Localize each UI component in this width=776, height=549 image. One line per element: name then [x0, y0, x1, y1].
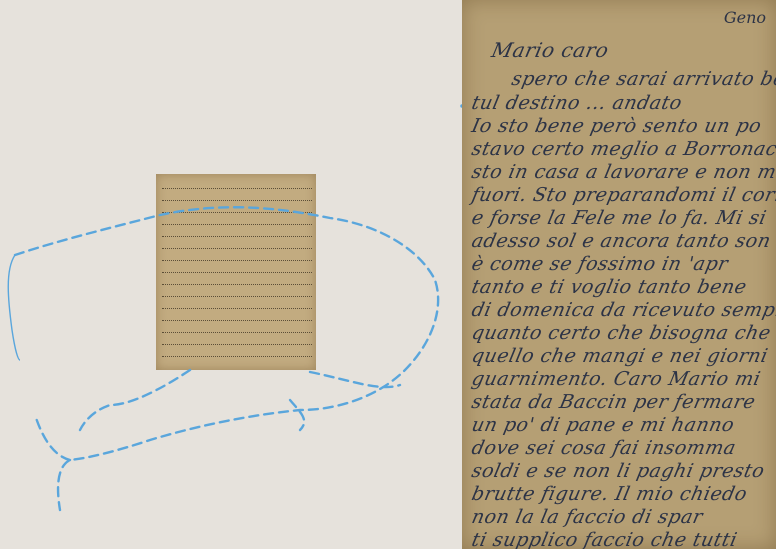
letter-line: e forse la Fele me lo fa. Mi si: [470, 207, 769, 229]
letter-line: fuori. Sto preparandomi il corr: [470, 184, 776, 206]
letter-line: tanto e ti voglio tanto bene: [470, 276, 749, 298]
letter-line: ti supplico faccio che tutti: [470, 529, 740, 549]
letter-line: soldi e se non li paghi presto: [470, 460, 767, 482]
letter-line: di domenica da ricevuto sempre: [470, 299, 776, 321]
letter-line: un po' di pane e mi hanno: [470, 414, 737, 436]
letter-line: Io sto bene però sento un po: [470, 115, 764, 137]
letter-line: quanto certo che bisogna che Tu: [470, 322, 776, 344]
letter-line: dove sei cosa fai insomma: [470, 437, 738, 459]
letter-line: adesso sol e ancora tanto son: [470, 230, 773, 252]
letter-line: quello che mangi e nei giorni: [470, 345, 770, 367]
letter-line: tul destino ... andato: [470, 92, 685, 114]
letter-line: guarnimento. Caro Mario mi: [470, 368, 763, 390]
large-letter: Geno Mario caro spero che sarai arrivato…: [462, 0, 776, 549]
letter-line: sto in casa a lavorare e non ma: [470, 161, 776, 183]
letter-line: è come se fossimo in 'apr: [470, 253, 731, 275]
letter-line: stavo certo meglio a Borronaccq: [470, 138, 776, 160]
letter-line: spero che sarai arrivato bene a: [510, 68, 776, 90]
letter-line: stata da Baccin per fermare: [470, 391, 758, 413]
letter-greeting: Mario caro: [489, 38, 611, 62]
letter-line: brutte figure. Il mio chiedo: [470, 483, 750, 505]
letter-date: Geno: [724, 8, 766, 27]
letter-line: non la la faccio di spar: [470, 506, 705, 528]
